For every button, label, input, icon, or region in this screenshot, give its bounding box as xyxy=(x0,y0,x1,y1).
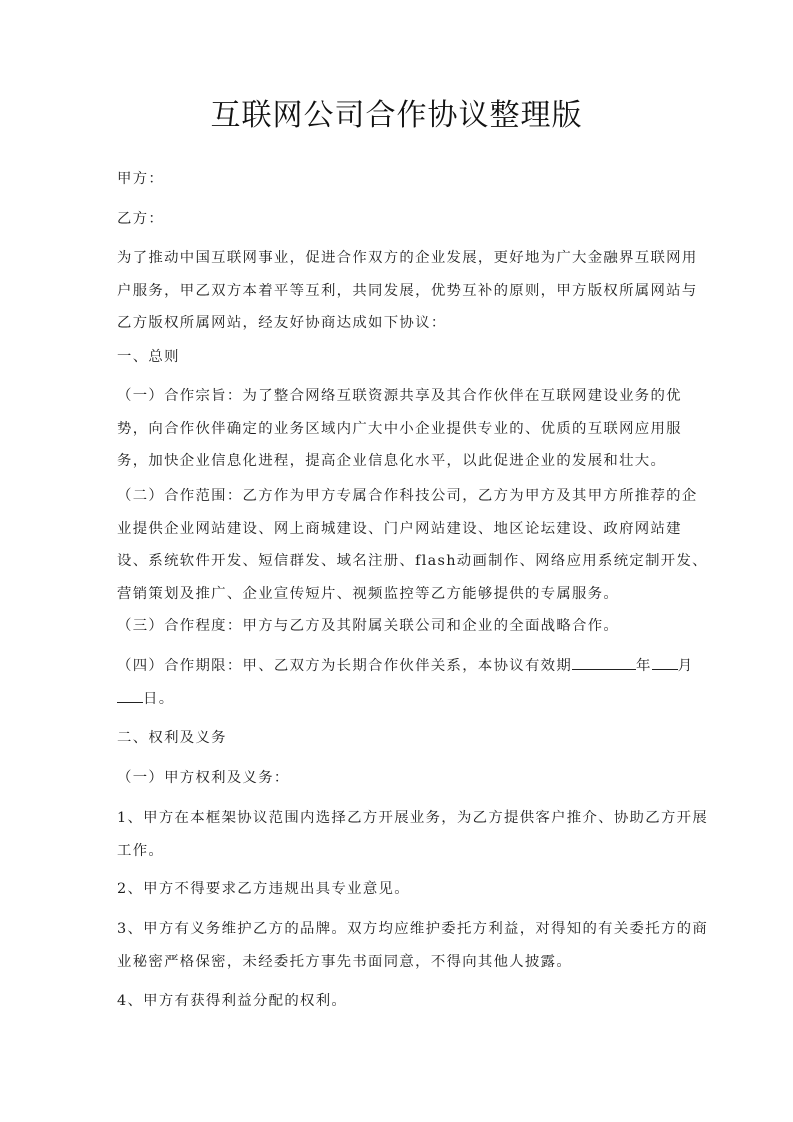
clause-line: 设、系统软件开发、短信群发、域名注册、flash动画制作、网络应用系统定制开发、 xyxy=(117,545,677,578)
clause-line: （二）合作范围：乙方作为甲方专属合作科技公司，乙方为甲方及其甲方所推荐的企 xyxy=(117,480,677,513)
preamble-line: 户服务，甲乙双方本着平等互利，共同发展，优势互补的原则，甲方版权所属网站与 xyxy=(117,275,677,308)
item-1-paragraph: 1、甲方在本框架协议范围内选择乙方开展业务，为乙方提供客户推介、协助乙方开展 工… xyxy=(117,802,677,867)
clause-line: 营销策划及推广、企业宣传短片、视频监控等乙方能够提供的专属服务。 xyxy=(117,578,677,611)
clause-line: （四）合作期限：甲、乙双方为长期合作伙伴关系，本协议有效期年月 xyxy=(117,650,677,683)
clause-line: 日。 xyxy=(117,683,677,716)
item-4-paragraph: 4、甲方有获得利益分配的权利。 xyxy=(117,985,677,1018)
clause-4-prefix: （四）合作期限：甲、乙双方为长期合作伙伴关系，本协议有效期 xyxy=(117,658,572,674)
day-blank xyxy=(117,688,143,703)
item-line: 1、甲方在本框架协议范围内选择乙方开展业务，为乙方提供客户推介、协助乙方开展 xyxy=(117,802,677,835)
year-label: 年 xyxy=(636,658,652,674)
section-2-subheading: （一）甲方权利及义务： xyxy=(117,762,677,795)
clause-line: （一）合作宗旨：为了整合网络互联资源共享及其合作伙伴在互联网建设业务的优 xyxy=(117,380,677,413)
document-title: 互联网公司合作协议整理版 xyxy=(0,96,793,136)
month-blank xyxy=(652,655,678,670)
clause-line: 务，加快企业信息化进程，提高企业信息化水平，以此促进企业的发展和壮大。 xyxy=(117,445,677,478)
clause-1-paragraph: （一）合作宗旨：为了整合网络互联资源共享及其合作伙伴在互联网建设业务的优 势，向… xyxy=(117,380,677,478)
preamble-line: 为了推动中国互联网事业，促进合作双方的企业发展，更好地为广大金融界互联网用 xyxy=(117,242,677,275)
party-b-label: 乙方： xyxy=(117,203,677,236)
clause-4-paragraph: （四）合作期限：甲、乙双方为长期合作伙伴关系，本协议有效期年月 日。 xyxy=(117,650,677,715)
clause-2-paragraph: （二）合作范围：乙方作为甲方专属合作科技公司，乙方为甲方及其甲方所推荐的企 业提… xyxy=(117,480,677,610)
day-label: 日。 xyxy=(143,691,174,707)
section-2-heading: 二、权利及义务 xyxy=(117,722,677,755)
item-2-paragraph: 2、甲方不得要求乙方违规出具专业意见。 xyxy=(117,873,677,906)
clause-line: 势，向合作伙伴确定的业务区域内广大中小企业提供专业的、优质的互联网应用服 xyxy=(117,413,677,446)
month-label: 月 xyxy=(678,658,694,674)
item-line: 3、甲方有义务维护乙方的品牌。双方均应维护委托方利益，对得知的有关委托方的商 xyxy=(117,913,677,946)
item-line: 工作。 xyxy=(117,835,677,868)
party-a-label: 甲方： xyxy=(117,163,677,196)
year-blank xyxy=(572,655,636,670)
document-page: 互联网公司合作协议整理版 甲方： 乙方： 为了推动中国互联网事业，促进合作双方的… xyxy=(0,0,793,1122)
clause-line: 业提供企业网站建设、网上商城建设、门户网站建设、地区论坛建设、政府网站建 xyxy=(117,513,677,546)
clause-3-paragraph: （三）合作程度：甲方与乙方及其附属关联公司和企业的全面战略合作。 xyxy=(117,610,677,643)
preamble-paragraph: 为了推动中国互联网事业，促进合作双方的企业发展，更好地为广大金融界互联网用 户服… xyxy=(117,242,677,340)
item-3-paragraph: 3、甲方有义务维护乙方的品牌。双方均应维护委托方利益，对得知的有关委托方的商 业… xyxy=(117,913,677,978)
item-line: 业秘密严格保密，未经委托方事先书面同意，不得向其他人披露。 xyxy=(117,946,677,979)
section-1-heading: 一、总则 xyxy=(117,341,677,374)
preamble-line: 乙方版权所属网站，经友好协商达成如下协议： xyxy=(117,307,677,340)
